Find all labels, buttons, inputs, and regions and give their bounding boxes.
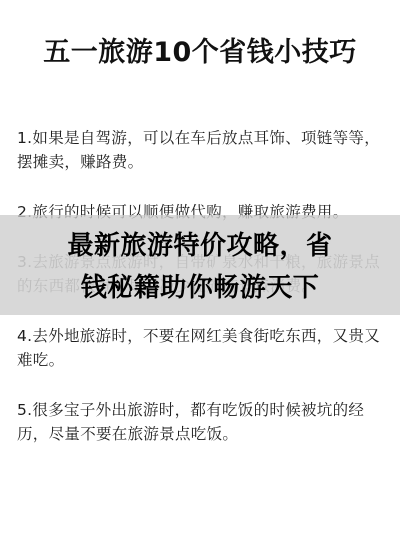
overlay-headline-line-2: 钱秘籍助你畅游天下	[0, 272, 400, 304]
tip-item-4: 4.去外地旅游时，不要在网红美食街吃东西，又贵又难吃。	[17, 324, 387, 372]
page-title: 五一旅游10个省钱小技巧	[0, 30, 400, 69]
overlay-headline-line-1: 最新旅游特价攻略，省	[0, 230, 400, 262]
tip-item-1: 1.如果是自驾游，可以在车后放点耳饰、项链等等，摆摊卖，赚路费。	[17, 126, 387, 174]
tip-item-5: 5.很多宝子外出旅游时，都有吃饭的时候被坑的经历，尽量不要在旅游景点吃饭。	[17, 398, 387, 446]
